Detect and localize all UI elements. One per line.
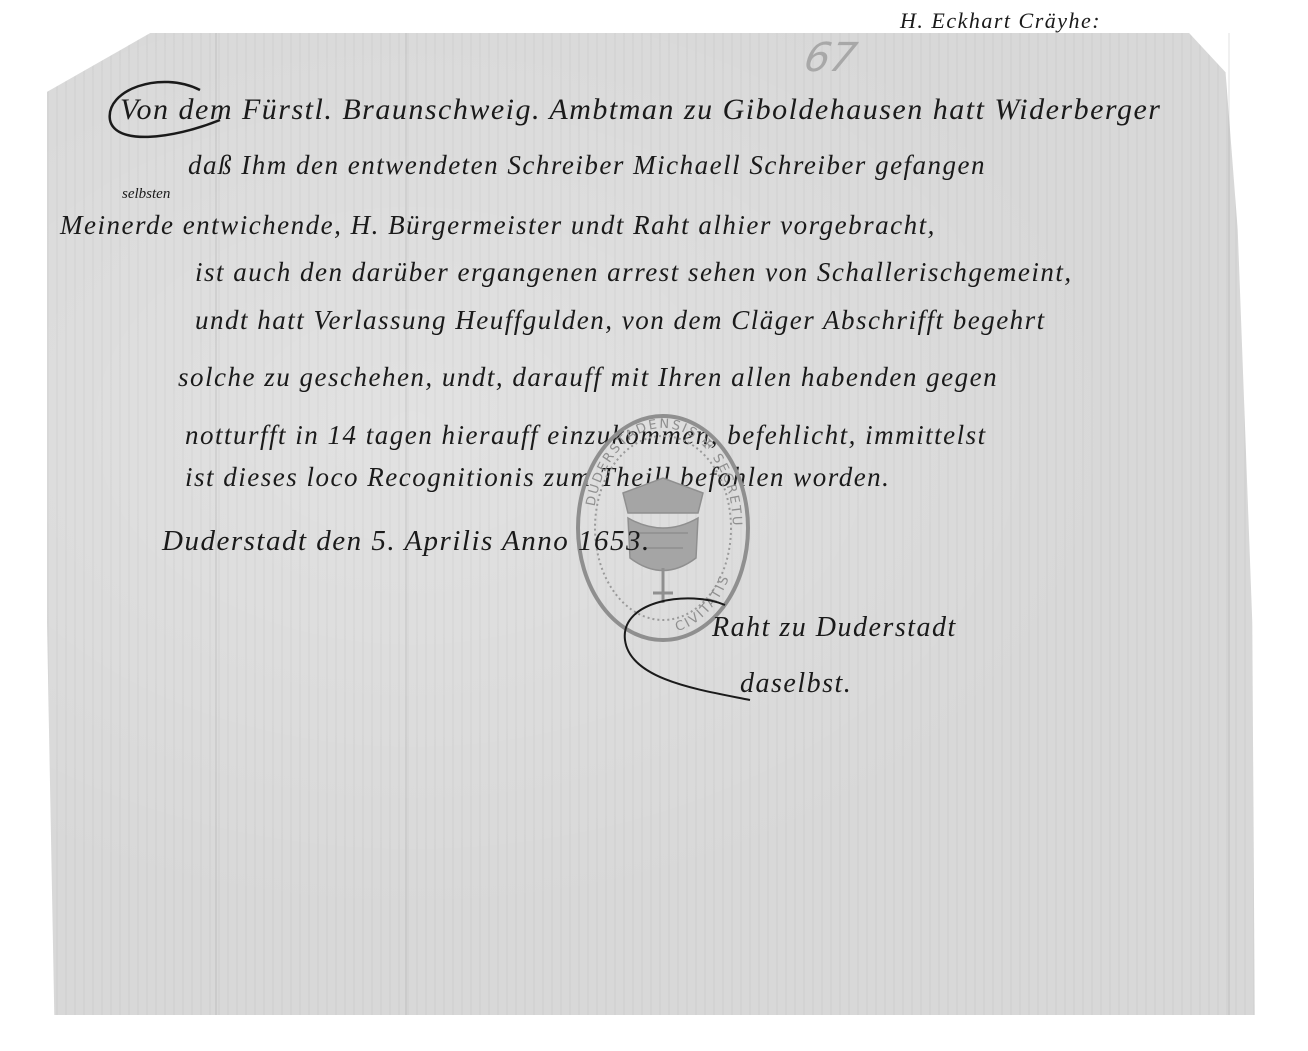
text-line-6: solche zu geschehen, undt, darauff mit I… (178, 362, 998, 393)
text-line-2: daß Ihm den entwendeten Schreiber Michae… (188, 150, 986, 181)
text-line-4: ist auch den darüber ergangenen arrest s… (195, 257, 1073, 288)
addressee-note: H. Eckhart Cräyhe: (900, 8, 1101, 34)
signature-line-2: daselbst. (740, 668, 852, 700)
folio-number: 67 (800, 35, 861, 81)
text-line-1: Von dem Fürstl. Braunschweig. Ambtman zu… (120, 93, 1161, 127)
dateline: Duderstadt den 5. Aprilis Anno 1653. (162, 525, 651, 558)
paper-fold-line (1228, 33, 1230, 1015)
signature-line-1: Raht zu Duderstadt (712, 612, 957, 644)
text-line-3: Meinerde entwichende, H. Bürgermeister u… (60, 210, 936, 241)
margin-note: selbsten (122, 186, 170, 203)
text-line-8: ist dieses loco Recognitionis zum Theill… (185, 462, 890, 493)
text-line-5: undt hatt Verlassung Heuffgulden, von de… (195, 305, 1046, 336)
